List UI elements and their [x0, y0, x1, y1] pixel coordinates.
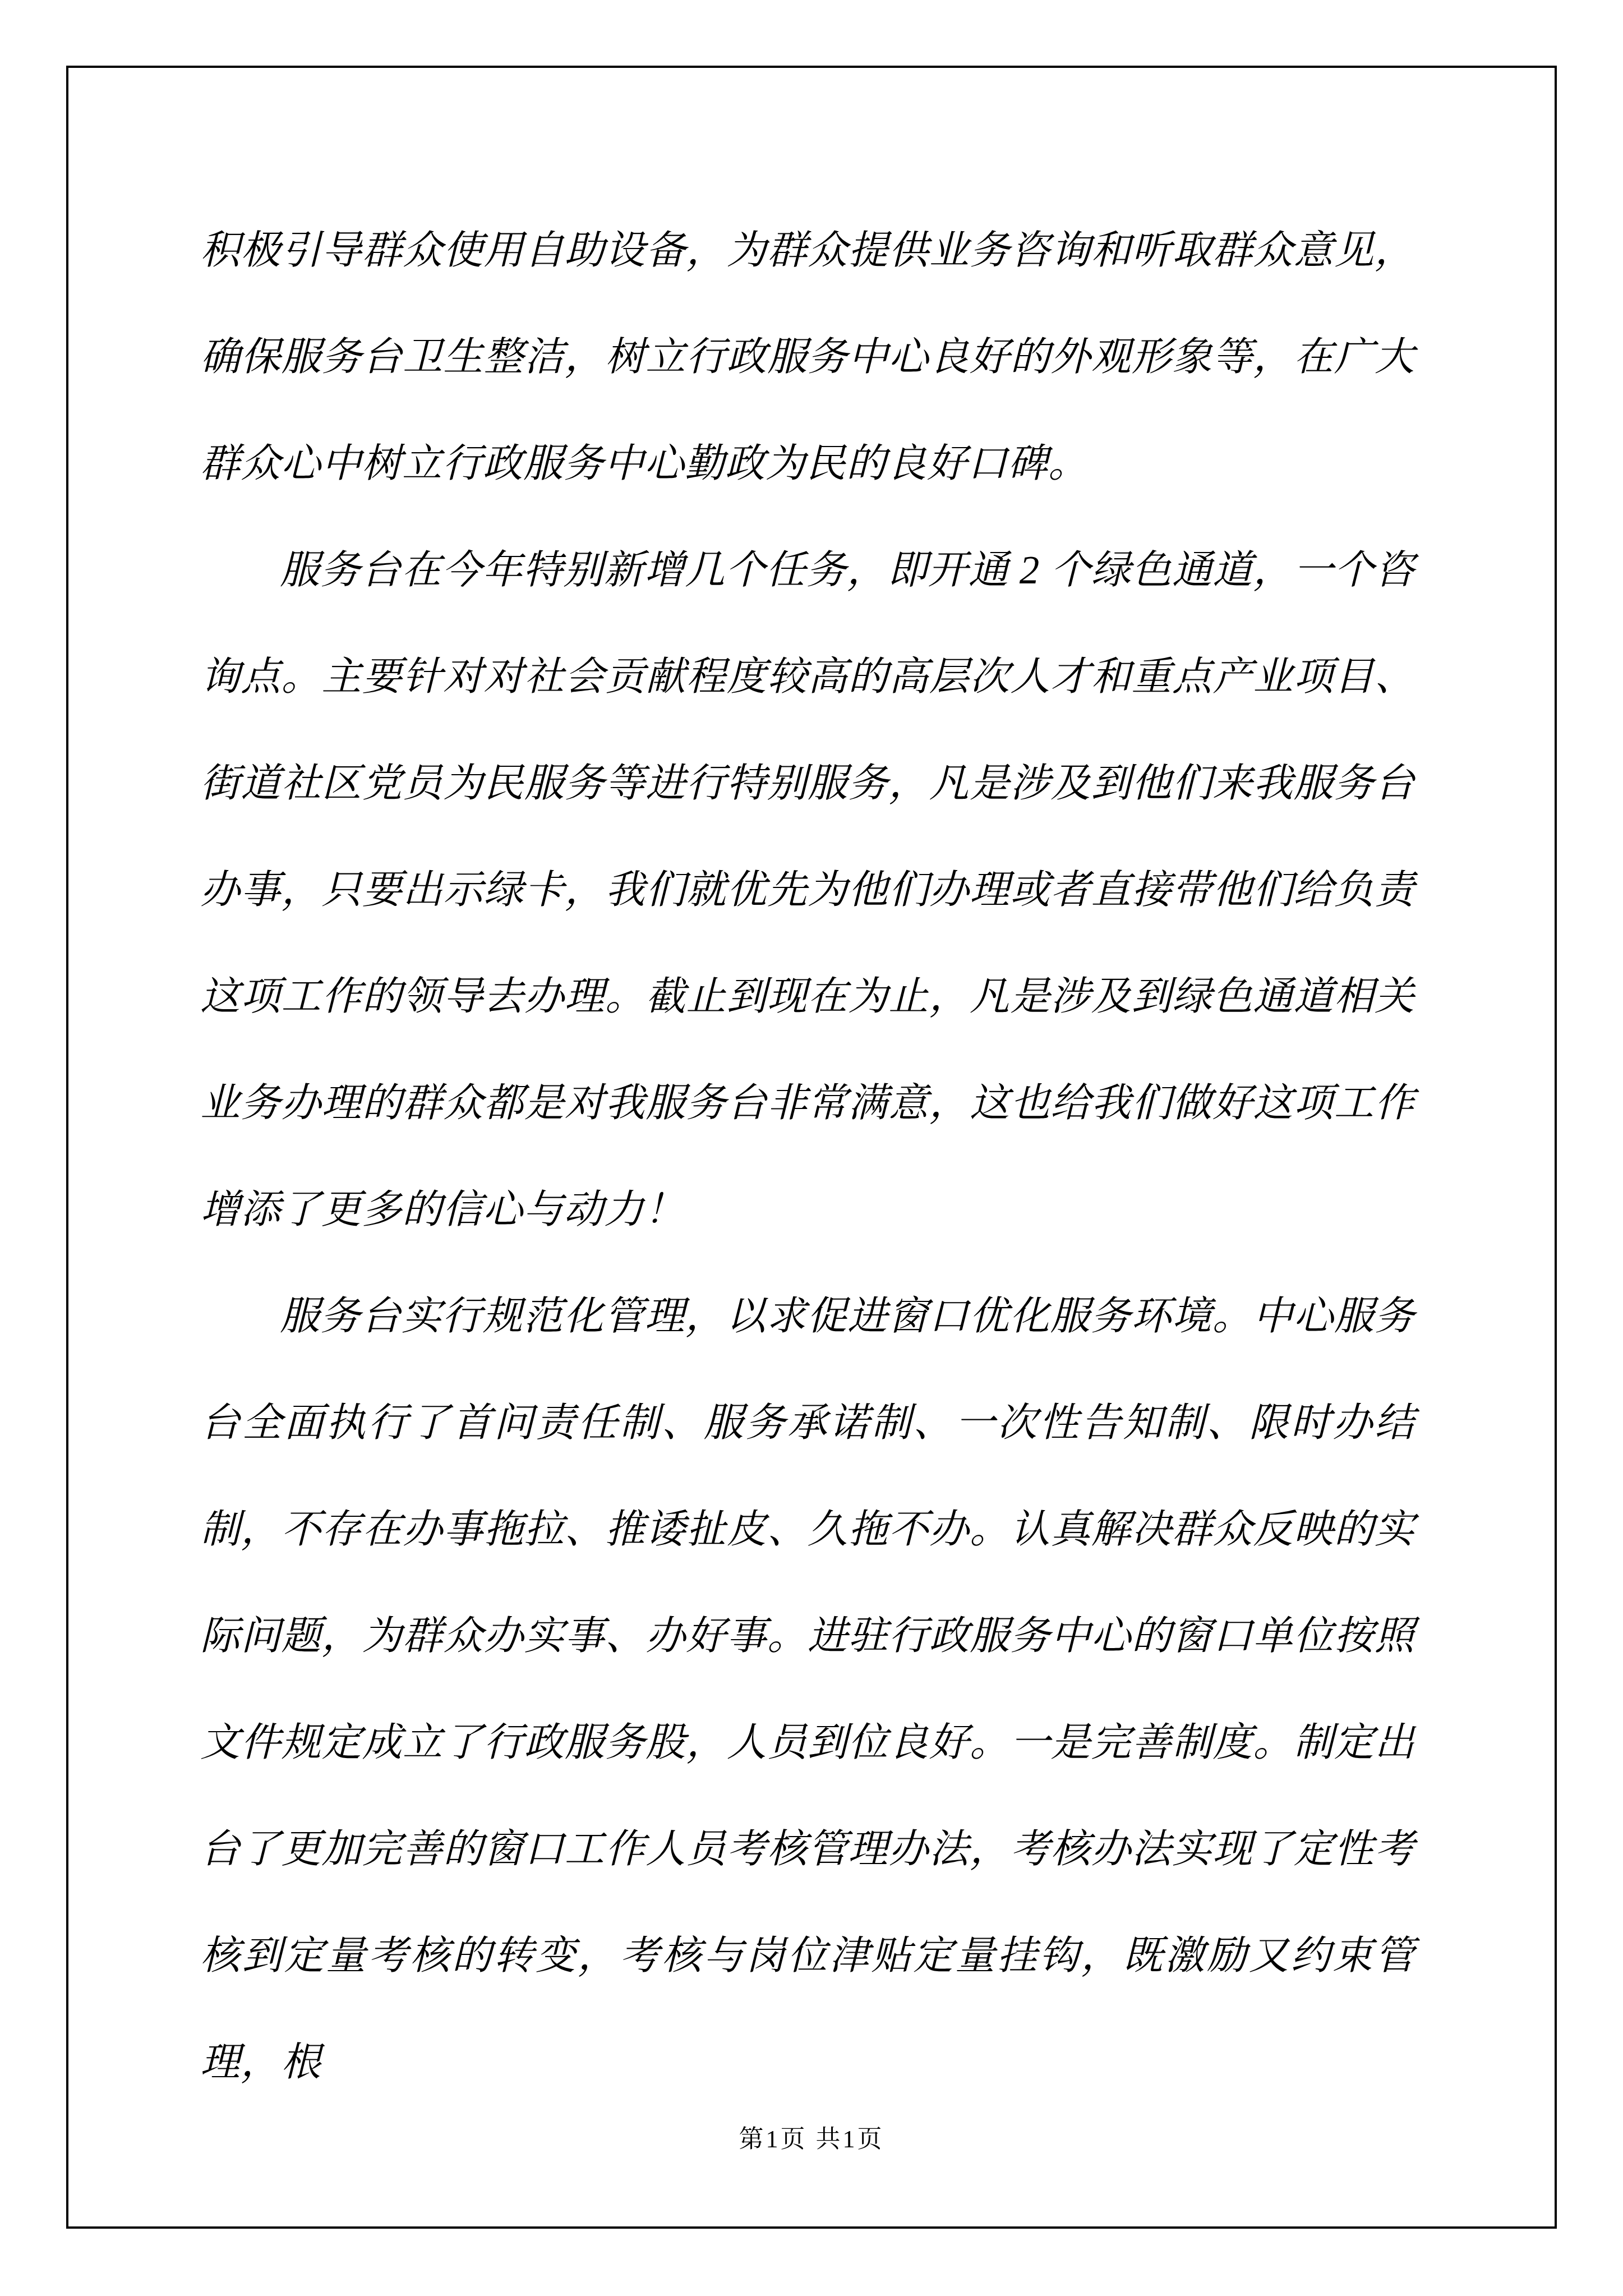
page-footer: 第1页 共1页	[66, 2125, 1557, 2154]
page-number-text: 第1页 共1页	[739, 2125, 884, 2153]
paragraph-1: 积极引导群众使用自助设备，为群众提供业务咨询和听取群众意见，确保服务台卫生整洁，…	[200, 197, 1415, 517]
paragraph-2: 服务台在今年特别新增几个任务，即开通 2 个绿色通道，一个咨询点。主要针对对社会…	[200, 517, 1415, 1263]
document-body-text: 积极引导群众使用自助设备，为群众提供业务咨询和听取群众意见，确保服务台卫生整洁，…	[200, 197, 1415, 2116]
document-page: { "document": { "paragraphs": [ { "inden…	[0, 0, 1623, 2296]
paragraph-3: 服务台实行规范化管理，以求促进窗口优化服务环境。中心服务台全面执行了首问责任制、…	[200, 1263, 1415, 2116]
